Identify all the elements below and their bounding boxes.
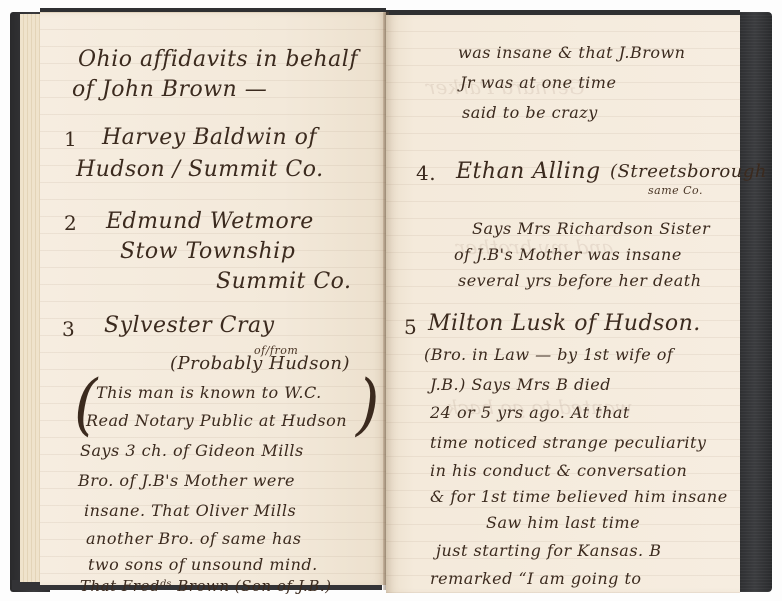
- entry-place-note: same Co.: [648, 185, 703, 196]
- entry-line: Says Mrs Richardson Sister: [472, 221, 710, 237]
- right-cover-board: [738, 12, 772, 592]
- entry-line: Harvey Baldwin of: [102, 127, 317, 149]
- entry-line: This man is known to W.C.: [96, 385, 322, 401]
- entry-line: Summit Co.: [216, 271, 352, 293]
- entry-line: in his conduct & conversation: [430, 463, 687, 479]
- left-page: Ohio affidavits in behalf of John Brown …: [40, 12, 386, 585]
- entry-line: remarked “I am going to: [430, 571, 642, 587]
- page-title-line-1: Ohio affidavits in behalf: [78, 49, 358, 71]
- entry-number: 5: [404, 317, 417, 337]
- entry-line: time noticed strange peculiarity: [430, 435, 706, 451]
- entry-number: 3: [62, 319, 75, 339]
- entry-line: Hudson / Summit Co.: [76, 159, 324, 181]
- entry-line: of J.B's Mother was insane: [454, 247, 682, 263]
- entry-name: Milton Lusk of Hudson.: [428, 313, 701, 335]
- entry-line: & for 1st time believed him insane: [430, 489, 728, 505]
- entry-note: (Probably Hudson): [170, 355, 350, 373]
- continuation-line: Jr was at one time: [460, 75, 616, 91]
- entry-number: 2: [64, 213, 77, 233]
- entry-line: another Bro. of same has: [86, 531, 302, 547]
- entry-line: Stow Township: [120, 241, 295, 263]
- entry-number: 1: [64, 129, 77, 149]
- entry-place: (Streetsborough: [610, 163, 767, 181]
- entry-line: Edmund Wetmore: [106, 211, 314, 233]
- entry-line: insane. That Oliver Mills: [84, 503, 296, 519]
- entry-line: J.B.) Says Mrs B died: [430, 377, 611, 393]
- entry-line: Read Notary Public at Hudson: [86, 413, 347, 429]
- right-page: Gerhard Parker and my brother wanted to …: [386, 15, 740, 593]
- continuation-line: said to be crazy: [462, 105, 598, 121]
- entry-line: That Fredᵈˢ Brown (Son of J.B.): [80, 579, 331, 594]
- entry-line: Says 3 ch. of Gideon Mills: [80, 443, 304, 459]
- entry-name: Ethan Alling: [456, 161, 601, 183]
- entry-line: Bro. of J.B's Mother were: [78, 473, 295, 489]
- entry-line: Saw him last time: [486, 515, 640, 531]
- page-title-line-2: of John Brown —: [72, 79, 267, 101]
- entry-line: several yrs before her death: [458, 273, 702, 289]
- entry-name: Sylvester Cray: [104, 315, 275, 337]
- entry-line: two sons of unsound mind.: [88, 557, 318, 573]
- entry-line: just starting for Kansas. B: [436, 543, 661, 559]
- entry-line: 24 or 5 yrs ago. At that: [430, 405, 630, 421]
- close-bracket: ): [356, 372, 379, 438]
- notebook-photo: Ohio affidavits in behalf of John Brown …: [0, 0, 782, 601]
- entry-line: (Bro. in Law — by 1st wife of: [424, 347, 673, 363]
- continuation-line: was insane & that J.Brown: [458, 45, 685, 61]
- entry-number: 4.: [416, 163, 436, 183]
